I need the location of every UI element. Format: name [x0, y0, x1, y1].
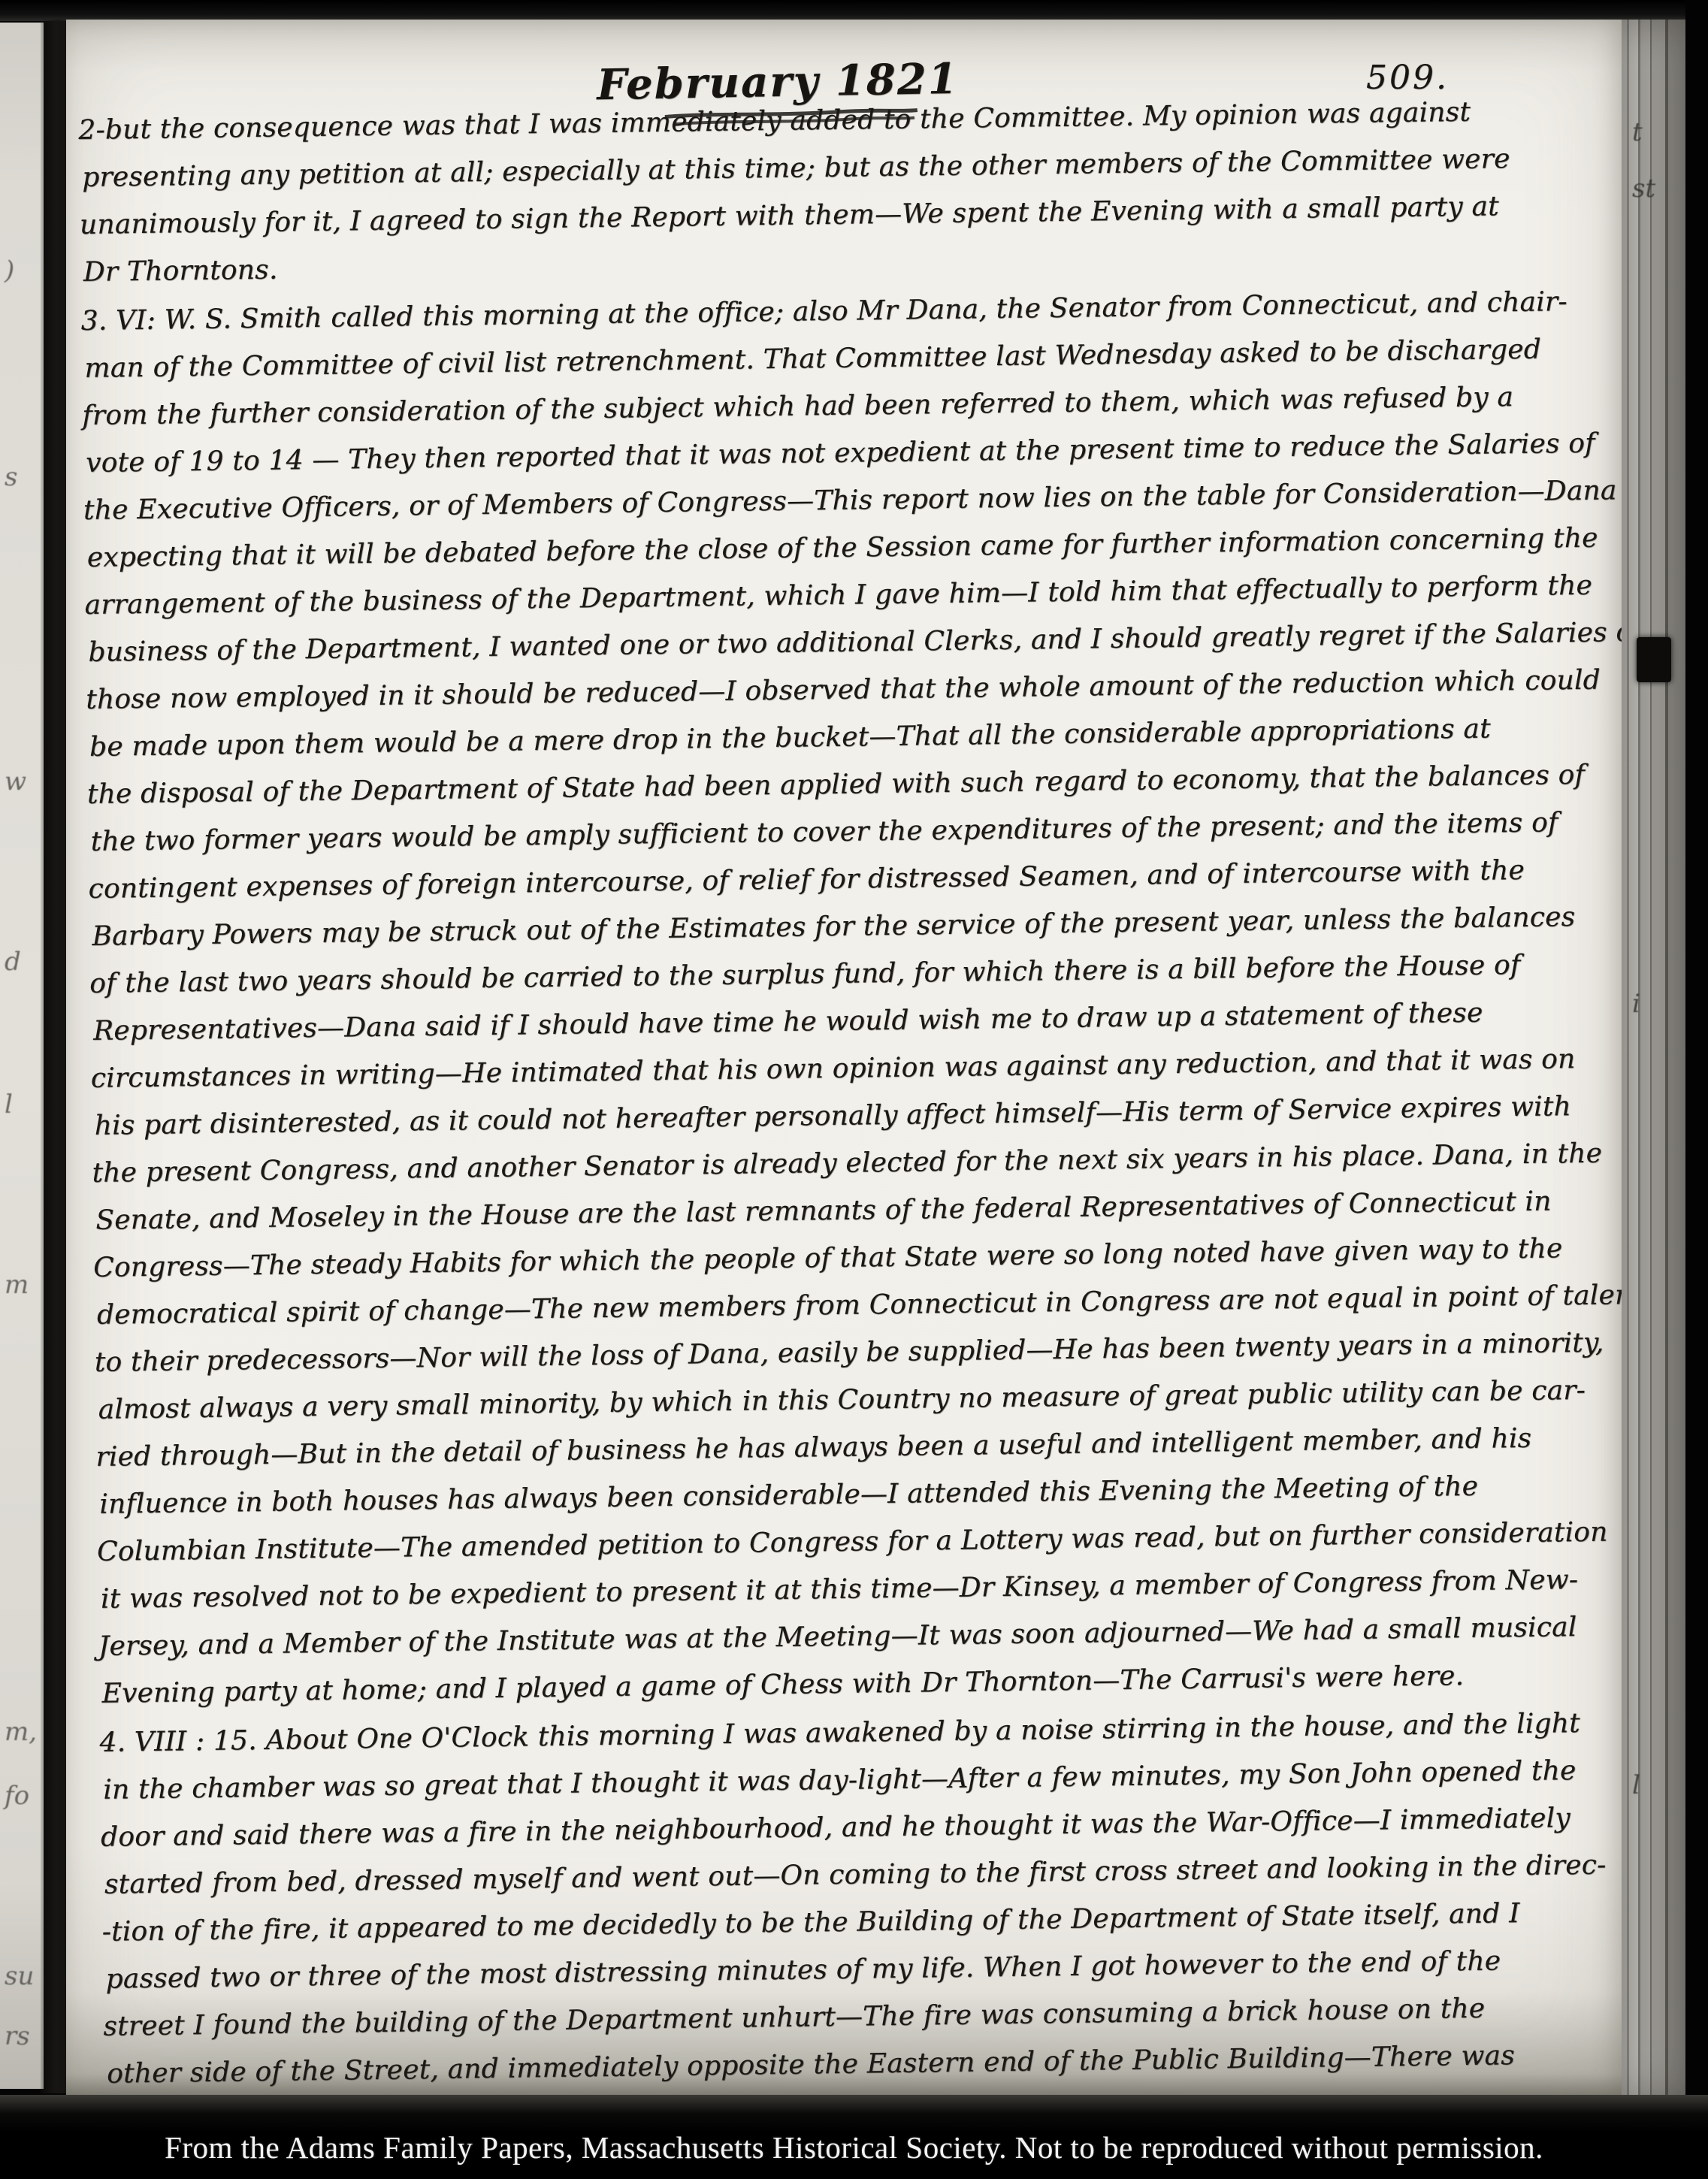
fore-edge-pages: tstil [1622, 20, 1686, 2101]
left-edge-ink-fragment: rs [5, 2021, 30, 2051]
scan-top-border [0, 0, 1708, 21]
left-edge-ink-fragment: w [5, 766, 26, 796]
left-edge-ink-fragment: l [5, 1089, 13, 1120]
manuscript-lines: 2-but the consequence was that I was imm… [78, 88, 1646, 2099]
right-edge-ink-fragment: t [1632, 117, 1643, 147]
left-edge-ink-fragment: su [5, 1961, 34, 1991]
left-edge-ink-fragment: m [5, 1270, 29, 1300]
left-edge-ink-fragment: s [5, 462, 17, 492]
scanned-page: )swdlmm,fosurs February 1821 509. 2-but … [0, 0, 1708, 2179]
facing-page-edge: )swdlmm,fosurs [0, 23, 44, 2089]
scan-right-border [1685, 0, 1708, 2179]
binding-tab [1637, 637, 1671, 682]
right-edge-ink-fragment: l [1632, 1770, 1640, 1800]
left-edge-ink-fragment: d [5, 947, 21, 977]
manuscript-page: February 1821 509. 2-but the consequence… [66, 20, 1622, 2095]
left-edge-ink-fragment: ) [5, 255, 14, 286]
archive-caption: From the Adams Family Papers, Massachuse… [0, 2129, 1708, 2165]
right-edge-ink-fragment: st [1632, 174, 1655, 204]
left-edge-ink-fragment: m, [5, 1717, 37, 1747]
left-edge-ink-fragment: fo [5, 1781, 29, 1811]
right-edge-ink-fragment: i [1632, 989, 1640, 1019]
